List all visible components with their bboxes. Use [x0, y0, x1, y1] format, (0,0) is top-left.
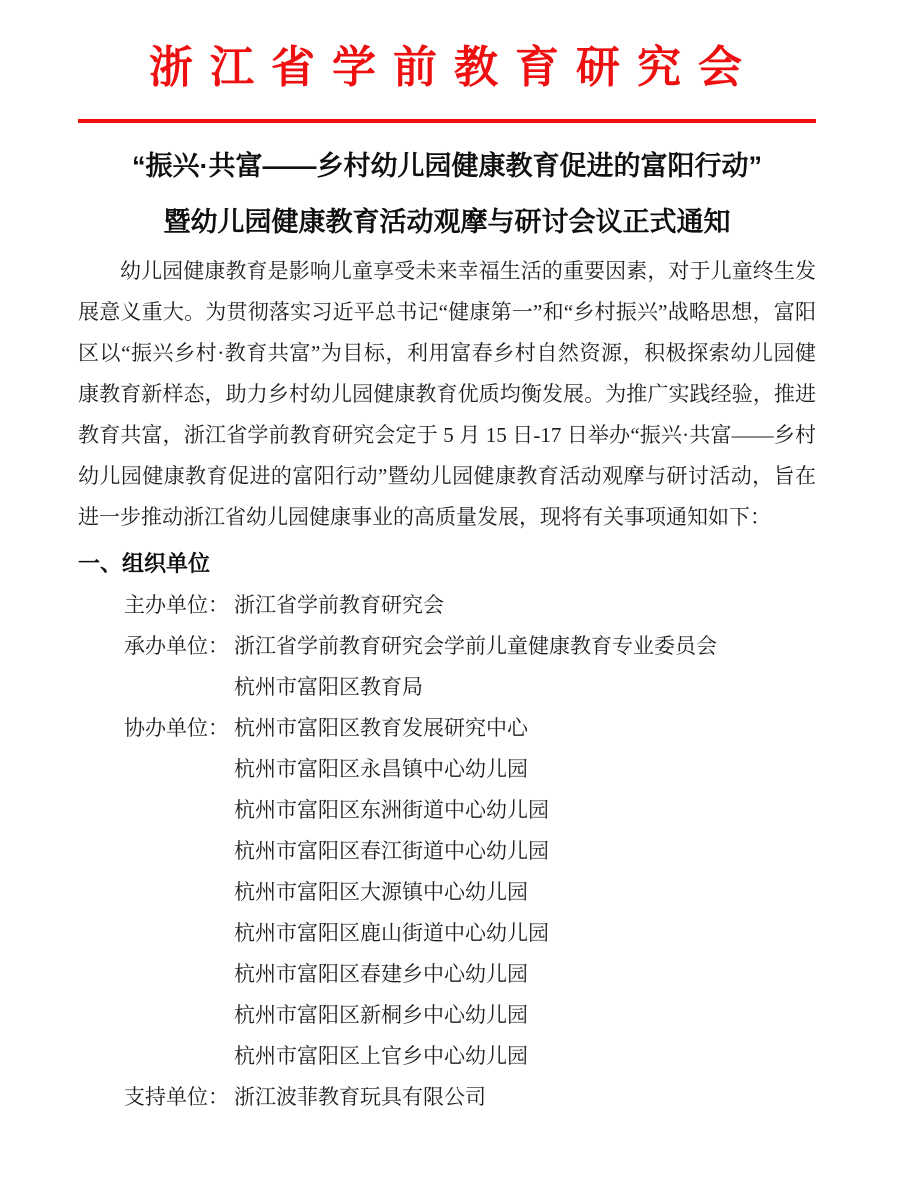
org-row-coorganizer-3: 杭州市富阳区东洲街道中心幼儿园 [78, 790, 816, 831]
org-role-label: 主办单位： [124, 585, 234, 626]
org-row-supporter: 支持单位： 浙江波菲教育玩具有限公司 [78, 1077, 816, 1118]
org-name-value: 浙江波菲教育玩具有限公司 [234, 1077, 486, 1118]
org-name-value: 杭州市富阳区春建乡中心幼儿园 [234, 954, 528, 995]
section-heading-organizers: 一、组织单位 [78, 545, 816, 583]
org-row-coorganizer: 协办单位： 杭州市富阳区教育发展研究中心 [78, 708, 816, 749]
org-role-label [124, 667, 234, 708]
org-name-value: 杭州市富阳区教育发展研究中心 [234, 708, 528, 749]
org-row-coorganizer-5: 杭州市富阳区大源镇中心幼儿园 [78, 872, 816, 913]
org-row-coorganizer-6: 杭州市富阳区鹿山街道中心幼儿园 [78, 913, 816, 954]
organizer-list: 主办单位： 浙江省学前教育研究会 承办单位： 浙江省学前教育研究会学前儿童健康教… [78, 585, 816, 1118]
org-row-undertaker-2: 杭州市富阳区教育局 [78, 667, 816, 708]
org-role-label [124, 749, 234, 790]
org-role-label [124, 790, 234, 831]
org-name-value: 浙江省学前教育研究会 [234, 585, 444, 626]
org-row-coorganizer-7: 杭州市富阳区春建乡中心幼儿园 [78, 954, 816, 995]
org-row-host: 主办单位： 浙江省学前教育研究会 [78, 585, 816, 626]
org-row-coorganizer-4: 杭州市富阳区春江街道中心幼儿园 [78, 831, 816, 872]
org-row-coorganizer-9: 杭州市富阳区上官乡中心幼儿园 [78, 1036, 816, 1077]
org-role-label [124, 831, 234, 872]
org-row-coorganizer-8: 杭州市富阳区新桐乡中心幼儿园 [78, 995, 816, 1036]
org-name-value: 杭州市富阳区东洲街道中心幼儿园 [234, 790, 549, 831]
org-role-label [124, 954, 234, 995]
letterhead-divider-line [78, 119, 816, 123]
letterhead-org-name: 浙 江 省 学 前 教 育 研 究 会 [78, 0, 816, 95]
document-title-line1: “振兴·共富——乡村幼儿园健康教育促进的富阳行动” [78, 149, 816, 183]
org-role-label [124, 995, 234, 1036]
body-paragraph: 幼儿园健康教育是影响儿童享受未来幸福生活的重要因素，对于儿童终生发展意义重大。为… [78, 251, 816, 538]
org-name-value: 浙江省学前教育研究会学前儿童健康教育专业委员会 [234, 626, 717, 667]
org-name-value: 杭州市富阳区春江街道中心幼儿园 [234, 831, 549, 872]
org-name-value: 杭州市富阳区教育局 [234, 667, 423, 708]
org-name-value: 杭州市富阳区上官乡中心幼儿园 [234, 1036, 528, 1077]
document-title-line2: 暨幼儿园健康教育活动观摩与研讨会议正式通知 [78, 205, 816, 239]
org-role-label: 协办单位： [124, 708, 234, 749]
org-name-value: 杭州市富阳区永昌镇中心幼儿园 [234, 749, 528, 790]
org-role-label [124, 872, 234, 913]
document-page: 浙 江 省 学 前 教 育 研 究 会 “振兴·共富——乡村幼儿园健康教育促进的… [0, 0, 921, 1202]
org-name-value: 杭州市富阳区新桐乡中心幼儿园 [234, 995, 528, 1036]
org-role-label [124, 1036, 234, 1077]
org-role-label [124, 913, 234, 954]
document-content: 浙 江 省 学 前 教 育 研 究 会 “振兴·共富——乡村幼儿园健康教育促进的… [78, 0, 816, 1118]
org-name-value: 杭州市富阳区大源镇中心幼儿园 [234, 872, 528, 913]
org-row-undertaker: 承办单位： 浙江省学前教育研究会学前儿童健康教育专业委员会 [78, 626, 816, 667]
org-role-label: 承办单位： [124, 626, 234, 667]
org-row-coorganizer-2: 杭州市富阳区永昌镇中心幼儿园 [78, 749, 816, 790]
org-name-value: 杭州市富阳区鹿山街道中心幼儿园 [234, 913, 549, 954]
org-role-label: 支持单位： [124, 1077, 234, 1118]
